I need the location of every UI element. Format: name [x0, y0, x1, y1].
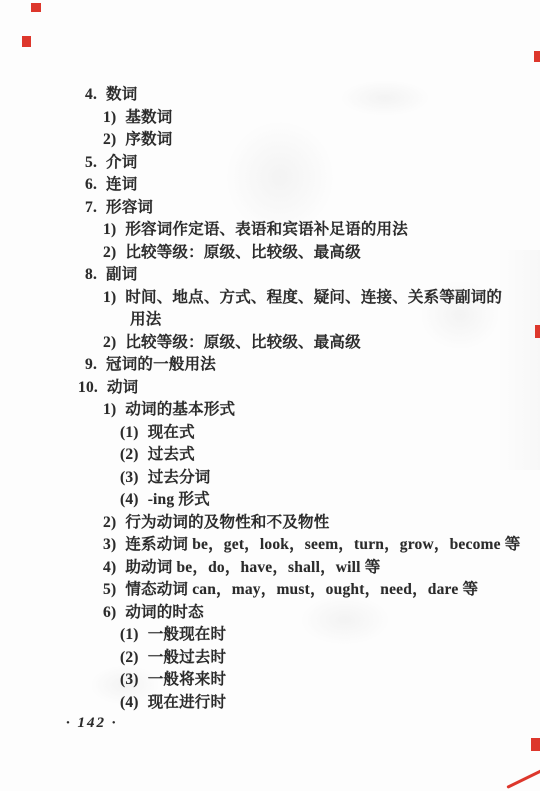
- scan-mark-top-left-1: [31, 3, 41, 12]
- outline-item-marker: (1): [120, 624, 139, 647]
- outline-item-marker: 1): [103, 399, 116, 422]
- outline-item-text: 现在式: [148, 424, 195, 441]
- outline-item: 10.动词: [0, 377, 540, 400]
- outline-item: 2)比较等级：原级、比较级、最高级: [0, 242, 540, 265]
- outline-item-text: 比较等级：原级、比较级、最高级: [125, 334, 361, 351]
- outline-item-marker: (2): [120, 444, 139, 467]
- outline-item: 1)基数词: [0, 107, 540, 130]
- outline-list: 4.数词 1)基数词 2)序数词 5.介词 6.连词 7.形容词 1)形容词作定…: [0, 84, 540, 714]
- outline-item: 3)连系动词 be，get，look，seem，turn，grow，become…: [0, 534, 540, 557]
- page-number: · 142 ·: [66, 715, 118, 732]
- scan-mark-right-edge-1: [534, 51, 540, 62]
- outline-item: (1)一般现在时: [0, 624, 540, 647]
- outline-item: 4)助动词 be，do，have，shall，will 等: [0, 557, 540, 580]
- outline-item: (3)过去分词: [0, 467, 540, 490]
- outline-item: 5.介词: [0, 152, 540, 175]
- outline-item-marker: (1): [120, 422, 139, 445]
- outline-item-text: 副词: [106, 266, 137, 283]
- outline-item-marker: 1): [103, 219, 116, 242]
- outline-item-marker: 4): [103, 557, 116, 580]
- outline-item-text: 数词: [106, 86, 137, 103]
- outline-item-marker: 6.: [85, 174, 97, 197]
- outline-item: 9.冠词的一般用法: [0, 354, 540, 377]
- outline-item: 6.连词: [0, 174, 540, 197]
- outline-item-marker: 4.: [85, 84, 97, 107]
- outline-item: 2)序数词: [0, 129, 540, 152]
- scanned-book-page: 4.数词 1)基数词 2)序数词 5.介词 6.连词 7.形容词 1)形容词作定…: [0, 0, 540, 791]
- outline-item-marker: 7.: [85, 197, 97, 220]
- outline-item: 8.副词: [0, 264, 540, 287]
- outline-item-marker: 3): [103, 534, 116, 557]
- outline-item: (1)现在式: [0, 422, 540, 445]
- outline-item: (3)一般将来时: [0, 669, 540, 692]
- scan-mark-top-left-2: [22, 36, 31, 47]
- outline-item-marker: 9.: [85, 354, 97, 377]
- outline-item: (2)过去式: [0, 444, 540, 467]
- outline-item-text: 序数词: [125, 131, 172, 148]
- outline-item-marker: 5): [103, 579, 116, 602]
- scan-mark-corner-line: [506, 769, 540, 789]
- outline-item-text: 一般过去时: [148, 649, 227, 666]
- outline-item: 2)行为动词的及物性和不及物性: [0, 512, 540, 535]
- outline-item-text: 冠词的一般用法: [106, 356, 216, 373]
- outline-item: 1)形容词作定语、表语和宾语补足语的用法: [0, 219, 540, 242]
- outline-item-text: 形容词: [106, 199, 153, 216]
- outline-item-marker: (3): [120, 467, 139, 490]
- outline-item: 2)比较等级：原级、比较级、最高级: [0, 332, 540, 355]
- outline-item-text: 连系动词 be，get，look，seem，turn，grow，become 等: [125, 536, 520, 553]
- outline-item-marker: 1): [103, 107, 116, 130]
- outline-item-marker: 2): [103, 242, 116, 265]
- outline-item-text: 过去分词: [148, 469, 211, 486]
- outline-item-marker: 2): [103, 512, 116, 535]
- outline-item-continuation: 用法: [0, 309, 540, 332]
- outline-item-marker: 2): [103, 332, 116, 355]
- outline-item-text: 一般现在时: [148, 626, 227, 643]
- outline-item-text: 用法: [130, 311, 161, 328]
- outline-item: 1)动词的基本形式: [0, 399, 540, 422]
- outline-item-text: 连词: [106, 176, 137, 193]
- outline-item-text: 一般将来时: [148, 671, 227, 688]
- outline-item-text: 助动词 be，do，have，shall，will 等: [125, 559, 380, 576]
- outline-item-marker: 2): [103, 129, 116, 152]
- outline-item-text: -ing 形式: [148, 491, 210, 508]
- outline-item-text: 现在进行时: [148, 694, 227, 711]
- outline-item-text: 情态动词 can，may，must，ought，need，dare 等: [125, 581, 478, 598]
- outline-item-text: 基数词: [125, 109, 172, 126]
- outline-item: 5)情态动词 can，may，must，ought，need，dare 等: [0, 579, 540, 602]
- outline-item-marker: (4): [120, 489, 139, 512]
- outline-item-marker: 5.: [85, 152, 97, 175]
- outline-item-text: 介词: [106, 154, 137, 171]
- outline-item-marker: 10.: [78, 377, 98, 400]
- outline-item: (4)-ing 形式: [0, 489, 540, 512]
- outline-item-text: 过去式: [148, 446, 195, 463]
- outline-item-text: 动词的时态: [125, 604, 204, 621]
- outline-item: 4.数词: [0, 84, 540, 107]
- outline-item-marker: 1): [103, 287, 116, 310]
- outline-item: 1)时间、地点、方式、程度、疑问、连接、关系等副词的: [0, 287, 540, 310]
- outline-item-marker: (3): [120, 669, 139, 692]
- outline-item-text: 动词的基本形式: [125, 401, 235, 418]
- outline-item: 6)动词的时态: [0, 602, 540, 625]
- outline-item-marker: 8.: [85, 264, 97, 287]
- scan-mark-right-edge-2: [535, 325, 540, 338]
- outline-item-text: 时间、地点、方式、程度、疑问、连接、关系等副词的: [125, 289, 502, 306]
- outline-item: 7.形容词: [0, 197, 540, 220]
- outline-item-text: 动词: [107, 379, 138, 396]
- scan-mark-right-edge-3: [531, 738, 540, 751]
- outline-item-marker: (4): [120, 692, 139, 715]
- outline-item-text: 行为动词的及物性和不及物性: [125, 514, 329, 531]
- outline-item-marker: 6): [103, 602, 116, 625]
- outline-item-text: 形容词作定语、表语和宾语补足语的用法: [125, 221, 408, 238]
- outline-item-marker: (2): [120, 647, 139, 670]
- outline-item-text: 比较等级：原级、比较级、最高级: [125, 244, 361, 261]
- outline-item: (2)一般过去时: [0, 647, 540, 670]
- outline-item: (4)现在进行时: [0, 692, 540, 715]
